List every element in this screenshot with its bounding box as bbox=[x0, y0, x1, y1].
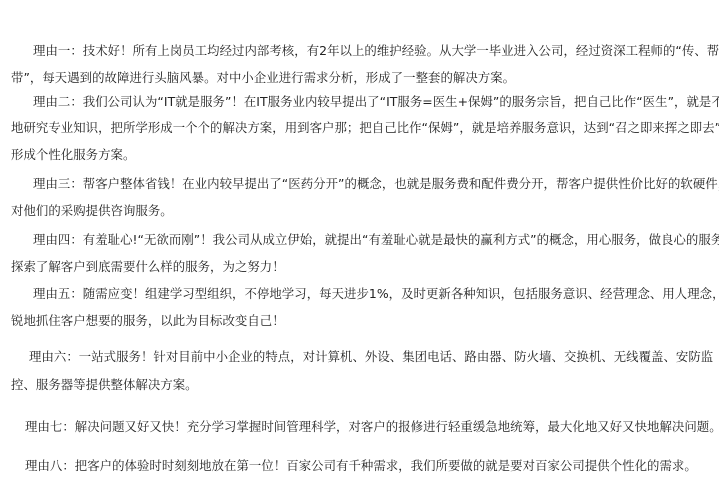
reason-8-line-1: 理由八：把客户的体验时时刻刻地放在第一位！百家公司有千种需求，我们所要做的就是要… bbox=[25, 458, 697, 474]
reason-6-line-2: 控、服务器等提供整体解决方案。 bbox=[11, 377, 198, 393]
reason-2-line-1: 理由二：我们公司认为“IT就是服务”！在IT服务业内较早提出了“IT服务=医生+… bbox=[33, 94, 719, 110]
reason-2-line-3: 形成个性化服务方案。 bbox=[11, 147, 135, 163]
reason-2-line-2: 地研究专业知识，把所学形成一个个的解决方案，用到客户那；把自己比作“保姆”，就是… bbox=[11, 120, 719, 136]
reason-1-line-2: 带”，每天遇到的故障进行头脑风暴。对中小企业进行需求分析，形成了一整套的解决方案… bbox=[11, 70, 515, 86]
reason-5-line-2: 锐地抓住客户想要的服务，以此为目标改变自己！ bbox=[11, 313, 285, 329]
reason-7-line-1: 理由七：解决问题又好又快！充分学习掌握时间管理科学，对客户的报修进行轻重缓急地统… bbox=[25, 419, 719, 435]
reason-3-line-1: 理由三：帮客户整体省钱！在业内较早提出了“医药分开”的概念，也就是服务费和配件费… bbox=[33, 176, 719, 192]
reason-6-line-1: 理由六：一站式服务！针对目前中小企业的特点，对计算机、外设、集团电话、路由器、防… bbox=[29, 349, 713, 365]
reason-3-line-2: 对他们的采购提供咨询服务。 bbox=[11, 203, 173, 219]
reason-1-line-1: 理由一：技术好！所有上岗员工均经过内部考核，有2年以上的维护经验。从大学一毕业进… bbox=[33, 43, 719, 59]
reason-4-line-2: 探索了解客户到底需要什么样的服务，为之努力！ bbox=[11, 259, 285, 275]
reason-4-line-1: 理由四：有羞耻心!“无欲而刚”！我公司从成立伊始，就提出“有羞耻心就是最快的赢利… bbox=[33, 232, 719, 248]
reason-5-line-1: 理由五：随需应变！组建学习型组织，不停地学习，每天进步1%，及时更新各种知识，包… bbox=[33, 286, 719, 302]
